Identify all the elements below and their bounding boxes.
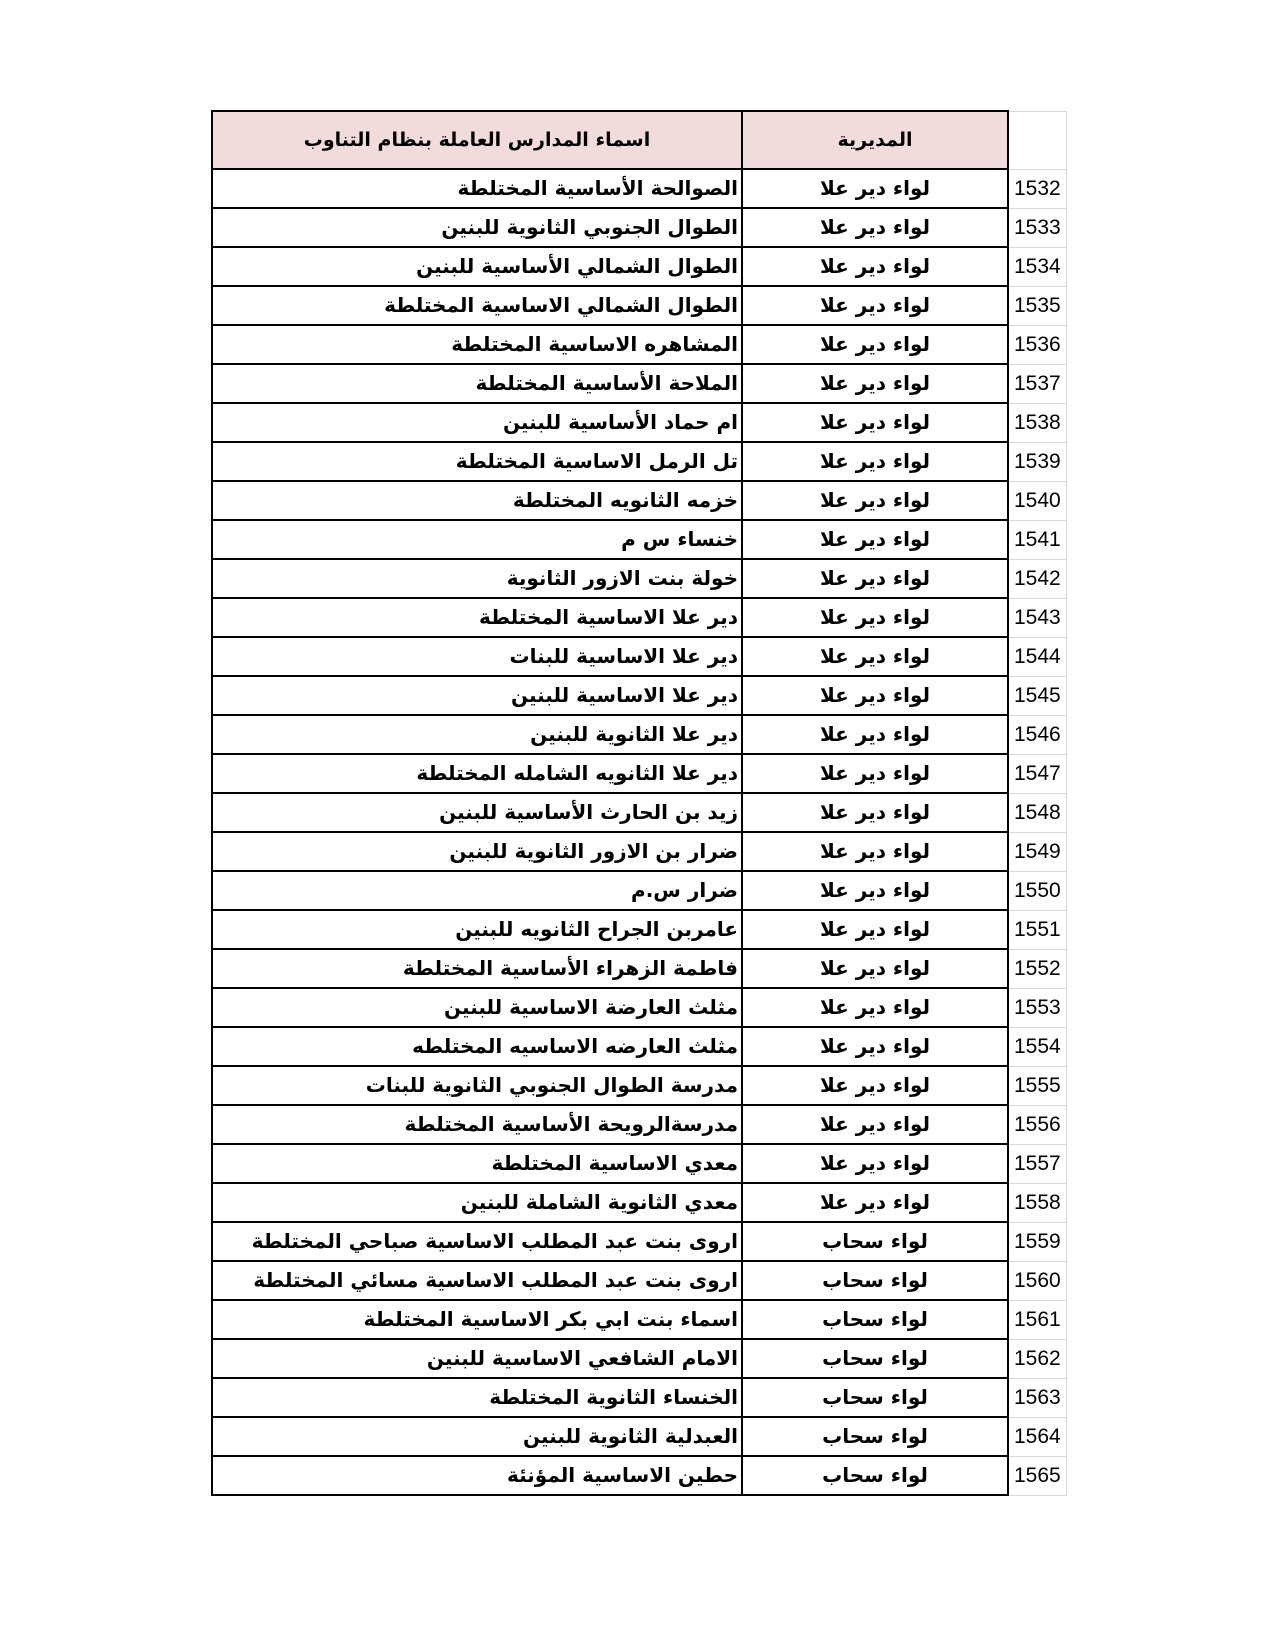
school-name-cell: الطوال الشمالي الاساسية المختلطة	[212, 286, 742, 325]
table-row: خنساء س م لواء دير علا 1541	[212, 520, 1066, 559]
school-name-cell: الصوالحة الأساسية المختلطة	[212, 169, 742, 208]
directorate-cell: لواء دير علا	[742, 325, 1008, 364]
table-row: الملاحة الأساسية المختلطة لواء دير علا 1…	[212, 364, 1066, 403]
row-number-cell: 1559	[1008, 1222, 1066, 1261]
school-name-cell: الخنساء الثانوية المختلطة	[212, 1378, 742, 1417]
school-name-cell: اسماء بنت ابي بكر الاساسية المختلطة	[212, 1300, 742, 1339]
table-row: خولة بنت الازور الثانوية لواء دير علا 15…	[212, 559, 1066, 598]
directorate-cell: لواء سحاب	[742, 1300, 1008, 1339]
directorate-cell: لواء دير علا	[742, 793, 1008, 832]
table-row: زيد بن الحارث الأساسية للبنين لواء دير ع…	[212, 793, 1066, 832]
row-number-cell: 1533	[1008, 208, 1066, 247]
table-row: مدرسةالرويحة الأساسية المختلطة لواء دير …	[212, 1105, 1066, 1144]
school-name-cell: ضرار س.م	[212, 871, 742, 910]
table-row: دير علا الاساسية للبنات لواء دير علا 154…	[212, 637, 1066, 676]
row-number-cell: 1538	[1008, 403, 1066, 442]
row-number-cell: 1564	[1008, 1417, 1066, 1456]
school-name-cell: دير علا الاساسية للبنات	[212, 637, 742, 676]
row-number-cell: 1560	[1008, 1261, 1066, 1300]
table-row: دير علا الثانوية للبنين لواء دير علا 154…	[212, 715, 1066, 754]
school-name-cell: المشاهره الاساسية المختلطة	[212, 325, 742, 364]
table-row: مثلث العارضه الاساسيه المختلطه لواء دير …	[212, 1027, 1066, 1066]
row-number-cell: 1534	[1008, 247, 1066, 286]
row-number-cell: 1561	[1008, 1300, 1066, 1339]
directorate-cell: لواء دير علا	[742, 949, 1008, 988]
row-number-cell: 1536	[1008, 325, 1066, 364]
directorate-cell: لواء دير علا	[742, 169, 1008, 208]
row-number-cell: 1549	[1008, 832, 1066, 871]
school-name-cell: الطوال الشمالي الأساسية للبنين	[212, 247, 742, 286]
table-row: الامام الشافعي الاساسية للبنين لواء سحاب…	[212, 1339, 1066, 1378]
row-number-cell: 1553	[1008, 988, 1066, 1027]
row-number-cell: 1548	[1008, 793, 1066, 832]
school-name-cell: حطين الاساسية المؤنئة	[212, 1456, 742, 1495]
directorate-cell: لواء دير علا	[742, 208, 1008, 247]
directorate-cell: لواء دير علا	[742, 1183, 1008, 1222]
directorate-cell: لواء دير علا	[742, 988, 1008, 1027]
directorate-cell: لواء دير علا	[742, 637, 1008, 676]
directorate-cell: لواء دير علا	[742, 559, 1008, 598]
school-name-cell: خزمه الثانويه المختلطة	[212, 481, 742, 520]
school-name-cell: مثلث العارضة الاساسية للبنين	[212, 988, 742, 1027]
row-number-cell: 1542	[1008, 559, 1066, 598]
table-row: الصوالحة الأساسية المختلطة لواء دير علا …	[212, 169, 1066, 208]
table-row: دير علا الثانويه الشامله المختلطة لواء د…	[212, 754, 1066, 793]
table-row: دير علا الاساسية المختلطة لواء دير علا 1…	[212, 598, 1066, 637]
schools-header-cell: اسماء المدارس العاملة بنظام التناوب	[212, 111, 742, 169]
row-number-cell: 1565	[1008, 1456, 1066, 1495]
row-number-cell: 1541	[1008, 520, 1066, 559]
row-number-cell: 1539	[1008, 442, 1066, 481]
school-name-cell: ضرار بن الازور الثانوية للبنين	[212, 832, 742, 871]
row-number-cell: 1556	[1008, 1105, 1066, 1144]
school-name-cell: تل الرمل الاساسية المختلطة	[212, 442, 742, 481]
row-number-cell: 1544	[1008, 637, 1066, 676]
row-number-cell: 1543	[1008, 598, 1066, 637]
directorate-cell: لواء دير علا	[742, 871, 1008, 910]
directorate-cell: لواء دير علا	[742, 676, 1008, 715]
school-name-cell: خولة بنت الازور الثانوية	[212, 559, 742, 598]
directorate-cell: لواء دير علا	[742, 1027, 1008, 1066]
row-number-cell: 1537	[1008, 364, 1066, 403]
table-row: حطين الاساسية المؤنئة لواء سحاب 1565	[212, 1456, 1066, 1495]
school-name-cell: عامربن الجراح الثانويه للبنين	[212, 910, 742, 949]
row-number-cell: 1554	[1008, 1027, 1066, 1066]
directorate-cell: لواء سحاب	[742, 1261, 1008, 1300]
row-number-cell: 1551	[1008, 910, 1066, 949]
row-number-cell: 1557	[1008, 1144, 1066, 1183]
table-body: الصوالحة الأساسية المختلطة لواء دير علا …	[212, 169, 1066, 1495]
directorate-cell: لواء دير علا	[742, 403, 1008, 442]
directorate-cell: لواء سحاب	[742, 1456, 1008, 1495]
table-row: دير علا الاساسية للبنين لواء دير علا 154…	[212, 676, 1066, 715]
table-row: اسماء بنت ابي بكر الاساسية المختلطة لواء…	[212, 1300, 1066, 1339]
directorate-cell: لواء سحاب	[742, 1222, 1008, 1261]
directorate-header-cell: المديرية	[742, 111, 1008, 169]
directorate-cell: لواء دير علا	[742, 598, 1008, 637]
directorate-cell: لواء دير علا	[742, 442, 1008, 481]
table-header-row: اسماء المدارس العاملة بنظام التناوب المد…	[212, 111, 1066, 169]
school-name-cell: مدرسة الطوال الجنوبي الثانوية للبنات	[212, 1066, 742, 1105]
school-name-cell: اروى بنت عبد المطلب الاساسية مسائي المخت…	[212, 1261, 742, 1300]
directorate-cell: لواء دير علا	[742, 715, 1008, 754]
school-name-cell: خنساء س م	[212, 520, 742, 559]
school-name-cell: مثلث العارضه الاساسيه المختلطه	[212, 1027, 742, 1066]
table-row: عامربن الجراح الثانويه للبنين لواء دير ع…	[212, 910, 1066, 949]
schools-table: اسماء المدارس العاملة بنظام التناوب المد…	[211, 110, 1067, 1496]
row-number-cell: 1563	[1008, 1378, 1066, 1417]
directorate-cell: لواء دير علا	[742, 910, 1008, 949]
row-number-cell: 1558	[1008, 1183, 1066, 1222]
table-row: مدرسة الطوال الجنوبي الثانوية للبنات لوا…	[212, 1066, 1066, 1105]
school-name-cell: معدي الثانوية الشاملة للبنين	[212, 1183, 742, 1222]
school-name-cell: الملاحة الأساسية المختلطة	[212, 364, 742, 403]
row-number-cell: 1555	[1008, 1066, 1066, 1105]
table-row: ام حماد الأساسية للبنين لواء دير علا 153…	[212, 403, 1066, 442]
directorate-cell: لواء دير علا	[742, 481, 1008, 520]
school-name-cell: دير علا الثانويه الشامله المختلطة	[212, 754, 742, 793]
table-row: اروى بنت عبد المطلب الاساسية مسائي المخت…	[212, 1261, 1066, 1300]
table-row: تل الرمل الاساسية المختلطة لواء دير علا …	[212, 442, 1066, 481]
school-name-cell: دير علا الاساسية للبنين	[212, 676, 742, 715]
row-number-cell: 1540	[1008, 481, 1066, 520]
table-row: ضرار س.م لواء دير علا 1550	[212, 871, 1066, 910]
row-number-cell: 1552	[1008, 949, 1066, 988]
directorate-cell: لواء دير علا	[742, 520, 1008, 559]
row-number-cell: 1550	[1008, 871, 1066, 910]
school-name-cell: معدي الاساسية المختلطة	[212, 1144, 742, 1183]
row-number-cell: 1547	[1008, 754, 1066, 793]
table-row: خزمه الثانويه المختلطة لواء دير علا 1540	[212, 481, 1066, 520]
row-number-cell: 1545	[1008, 676, 1066, 715]
directorate-cell: لواء دير علا	[742, 754, 1008, 793]
row-number-cell: 1532	[1008, 169, 1066, 208]
school-name-cell: الامام الشافعي الاساسية للبنين	[212, 1339, 742, 1378]
table-row: الطوال الشمالي الاساسية المختلطة لواء دي…	[212, 286, 1066, 325]
table-row: الخنساء الثانوية المختلطة لواء سحاب 1563	[212, 1378, 1066, 1417]
directorate-cell: لواء دير علا	[742, 832, 1008, 871]
row-number-cell: 1562	[1008, 1339, 1066, 1378]
table-row: مثلث العارضة الاساسية للبنين لواء دير عل…	[212, 988, 1066, 1027]
school-name-cell: دير علا الاساسية المختلطة	[212, 598, 742, 637]
school-name-cell: العبدلية الثانوية للبنين	[212, 1417, 742, 1456]
table-row: الطوال الشمالي الأساسية للبنين لواء دير …	[212, 247, 1066, 286]
table-row: اروى بنت عبد المطلب الاساسية صباحي المخت…	[212, 1222, 1066, 1261]
school-name-cell: فاطمة الزهراء الأساسية المختلطة	[212, 949, 742, 988]
school-name-cell: اروى بنت عبد المطلب الاساسية صباحي المخت…	[212, 1222, 742, 1261]
table-row: المشاهره الاساسية المختلطة لواء دير علا …	[212, 325, 1066, 364]
school-name-cell: مدرسةالرويحة الأساسية المختلطة	[212, 1105, 742, 1144]
directorate-cell: لواء دير علا	[742, 1066, 1008, 1105]
directorate-cell: لواء دير علا	[742, 247, 1008, 286]
table-row: فاطمة الزهراء الأساسية المختلطة لواء دير…	[212, 949, 1066, 988]
table-row: الطوال الجنوبي الثانوية للبنين لواء دير …	[212, 208, 1066, 247]
directorate-cell: لواء سحاب	[742, 1378, 1008, 1417]
directorate-cell: لواء دير علا	[742, 364, 1008, 403]
school-name-cell: دير علا الثانوية للبنين	[212, 715, 742, 754]
table-row: العبدلية الثانوية للبنين لواء سحاب 1564	[212, 1417, 1066, 1456]
directorate-cell: لواء سحاب	[742, 1339, 1008, 1378]
directorate-cell: لواء دير علا	[742, 286, 1008, 325]
directorate-cell: لواء دير علا	[742, 1105, 1008, 1144]
directorate-cell: لواء دير علا	[742, 1144, 1008, 1183]
row-number-header-cell	[1008, 111, 1066, 169]
page: { "table": { "header": { "schools_col": …	[0, 0, 1275, 1650]
directorate-cell: لواء سحاب	[742, 1417, 1008, 1456]
table-row: ضرار بن الازور الثانوية للبنين لواء دير …	[212, 832, 1066, 871]
row-number-cell: 1546	[1008, 715, 1066, 754]
row-number-cell: 1535	[1008, 286, 1066, 325]
school-name-cell: زيد بن الحارث الأساسية للبنين	[212, 793, 742, 832]
table-row: معدي الاساسية المختلطة لواء دير علا 1557	[212, 1144, 1066, 1183]
table-row: معدي الثانوية الشاملة للبنين لواء دير عل…	[212, 1183, 1066, 1222]
school-name-cell: ام حماد الأساسية للبنين	[212, 403, 742, 442]
school-name-cell: الطوال الجنوبي الثانوية للبنين	[212, 208, 742, 247]
